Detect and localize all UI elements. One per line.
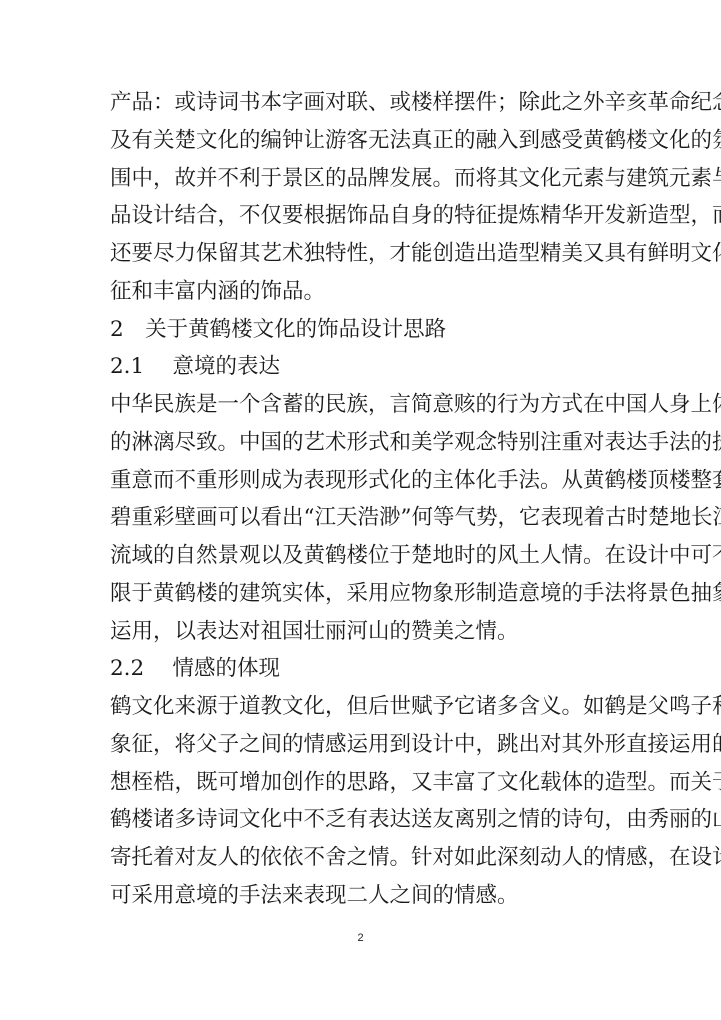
paragraph-line: 运用，以表达对祖国壮丽河山的赞美之情。 <box>110 613 614 651</box>
paragraph-line: 鹤楼诸多诗词文化中不乏有表达送友离别之情的诗句，由秀丽的山川 <box>110 801 614 839</box>
paragraph-line: 可采用意境的手法来表现二人之间的情感。 <box>110 877 614 915</box>
body-text: 产品：或诗词书本字画对联、或楼样摆件；除此之外辛亥革命纪念章 及有关楚文化的编钟… <box>110 84 614 915</box>
paragraph-line: 碧重彩壁画可以看出“江天浩渺”何等气势，它表现着古时楚地长江 <box>110 499 614 537</box>
paragraph-line: 的淋漓尽致。中国的艺术形式和美学观念特别注重对表达手法的提炼， <box>110 424 614 462</box>
subsection-heading: 2.1 意境的表达 <box>110 348 614 386</box>
paragraph-line: 品设计结合，不仅要根据饰品自身的特征提炼精华开发新造型，而且 <box>110 197 614 235</box>
paragraph-line: 重意而不重形则成为表现形式化的主体化手法。从黄鹤楼顶楼整套金 <box>110 462 614 500</box>
paragraph-line: 围中，故并不利于景区的品牌发展。而将其文化元素与建筑元素与饰 <box>110 160 614 198</box>
paragraph-line: 及有关楚文化的编钟让游客无法真正的融入到感受黄鹤楼文化的氛 <box>110 122 614 160</box>
paragraph-line: 寄托着对友人的依依不舍之情。针对如此深刻动人的情感，在设计时 <box>110 839 614 877</box>
section-heading: 2 关于黄鹤楼文化的饰品设计思路 <box>110 311 614 349</box>
paragraph-line: 象征，将父子之间的情感运用到设计中，跳出对其外形直接运用的思 <box>110 726 614 764</box>
paragraph-line: 中华民族是一个含蓄的民族，言简意赅的行为方式在中国人身上体现 <box>110 386 614 424</box>
paragraph-line: 想桎梏，既可增加创作的思路，又丰富了文化载体的造型。而关于黄 <box>110 764 614 802</box>
paragraph-line: 鹤文化来源于道教文化，但后世赋予它诸多含义。如鹤是父鸣子和的 <box>110 688 614 726</box>
paragraph-line: 流域的自然景观以及黄鹤楼位于楚地时的风土人情。在设计中可不局 <box>110 537 614 575</box>
paragraph-line: 征和丰富内涵的饰品。 <box>110 273 614 311</box>
paragraph-line: 还要尽力保留其艺术独特性，才能创造出造型精美又具有鲜明文化特 <box>110 235 614 273</box>
paragraph-line: 限于黄鹤楼的建筑实体，采用应物象形制造意境的手法将景色抽象化 <box>110 575 614 613</box>
paragraph-line: 产品：或诗词书本字画对联、或楼样摆件；除此之外辛亥革命纪念章 <box>110 84 614 122</box>
page-number: 2 <box>0 932 721 944</box>
subsection-heading: 2.2 情感的体现 <box>110 650 614 688</box>
document-page: 产品：或诗词书本字画对联、或楼样摆件；除此之外辛亥革命纪念章 及有关楚文化的编钟… <box>0 0 721 1020</box>
